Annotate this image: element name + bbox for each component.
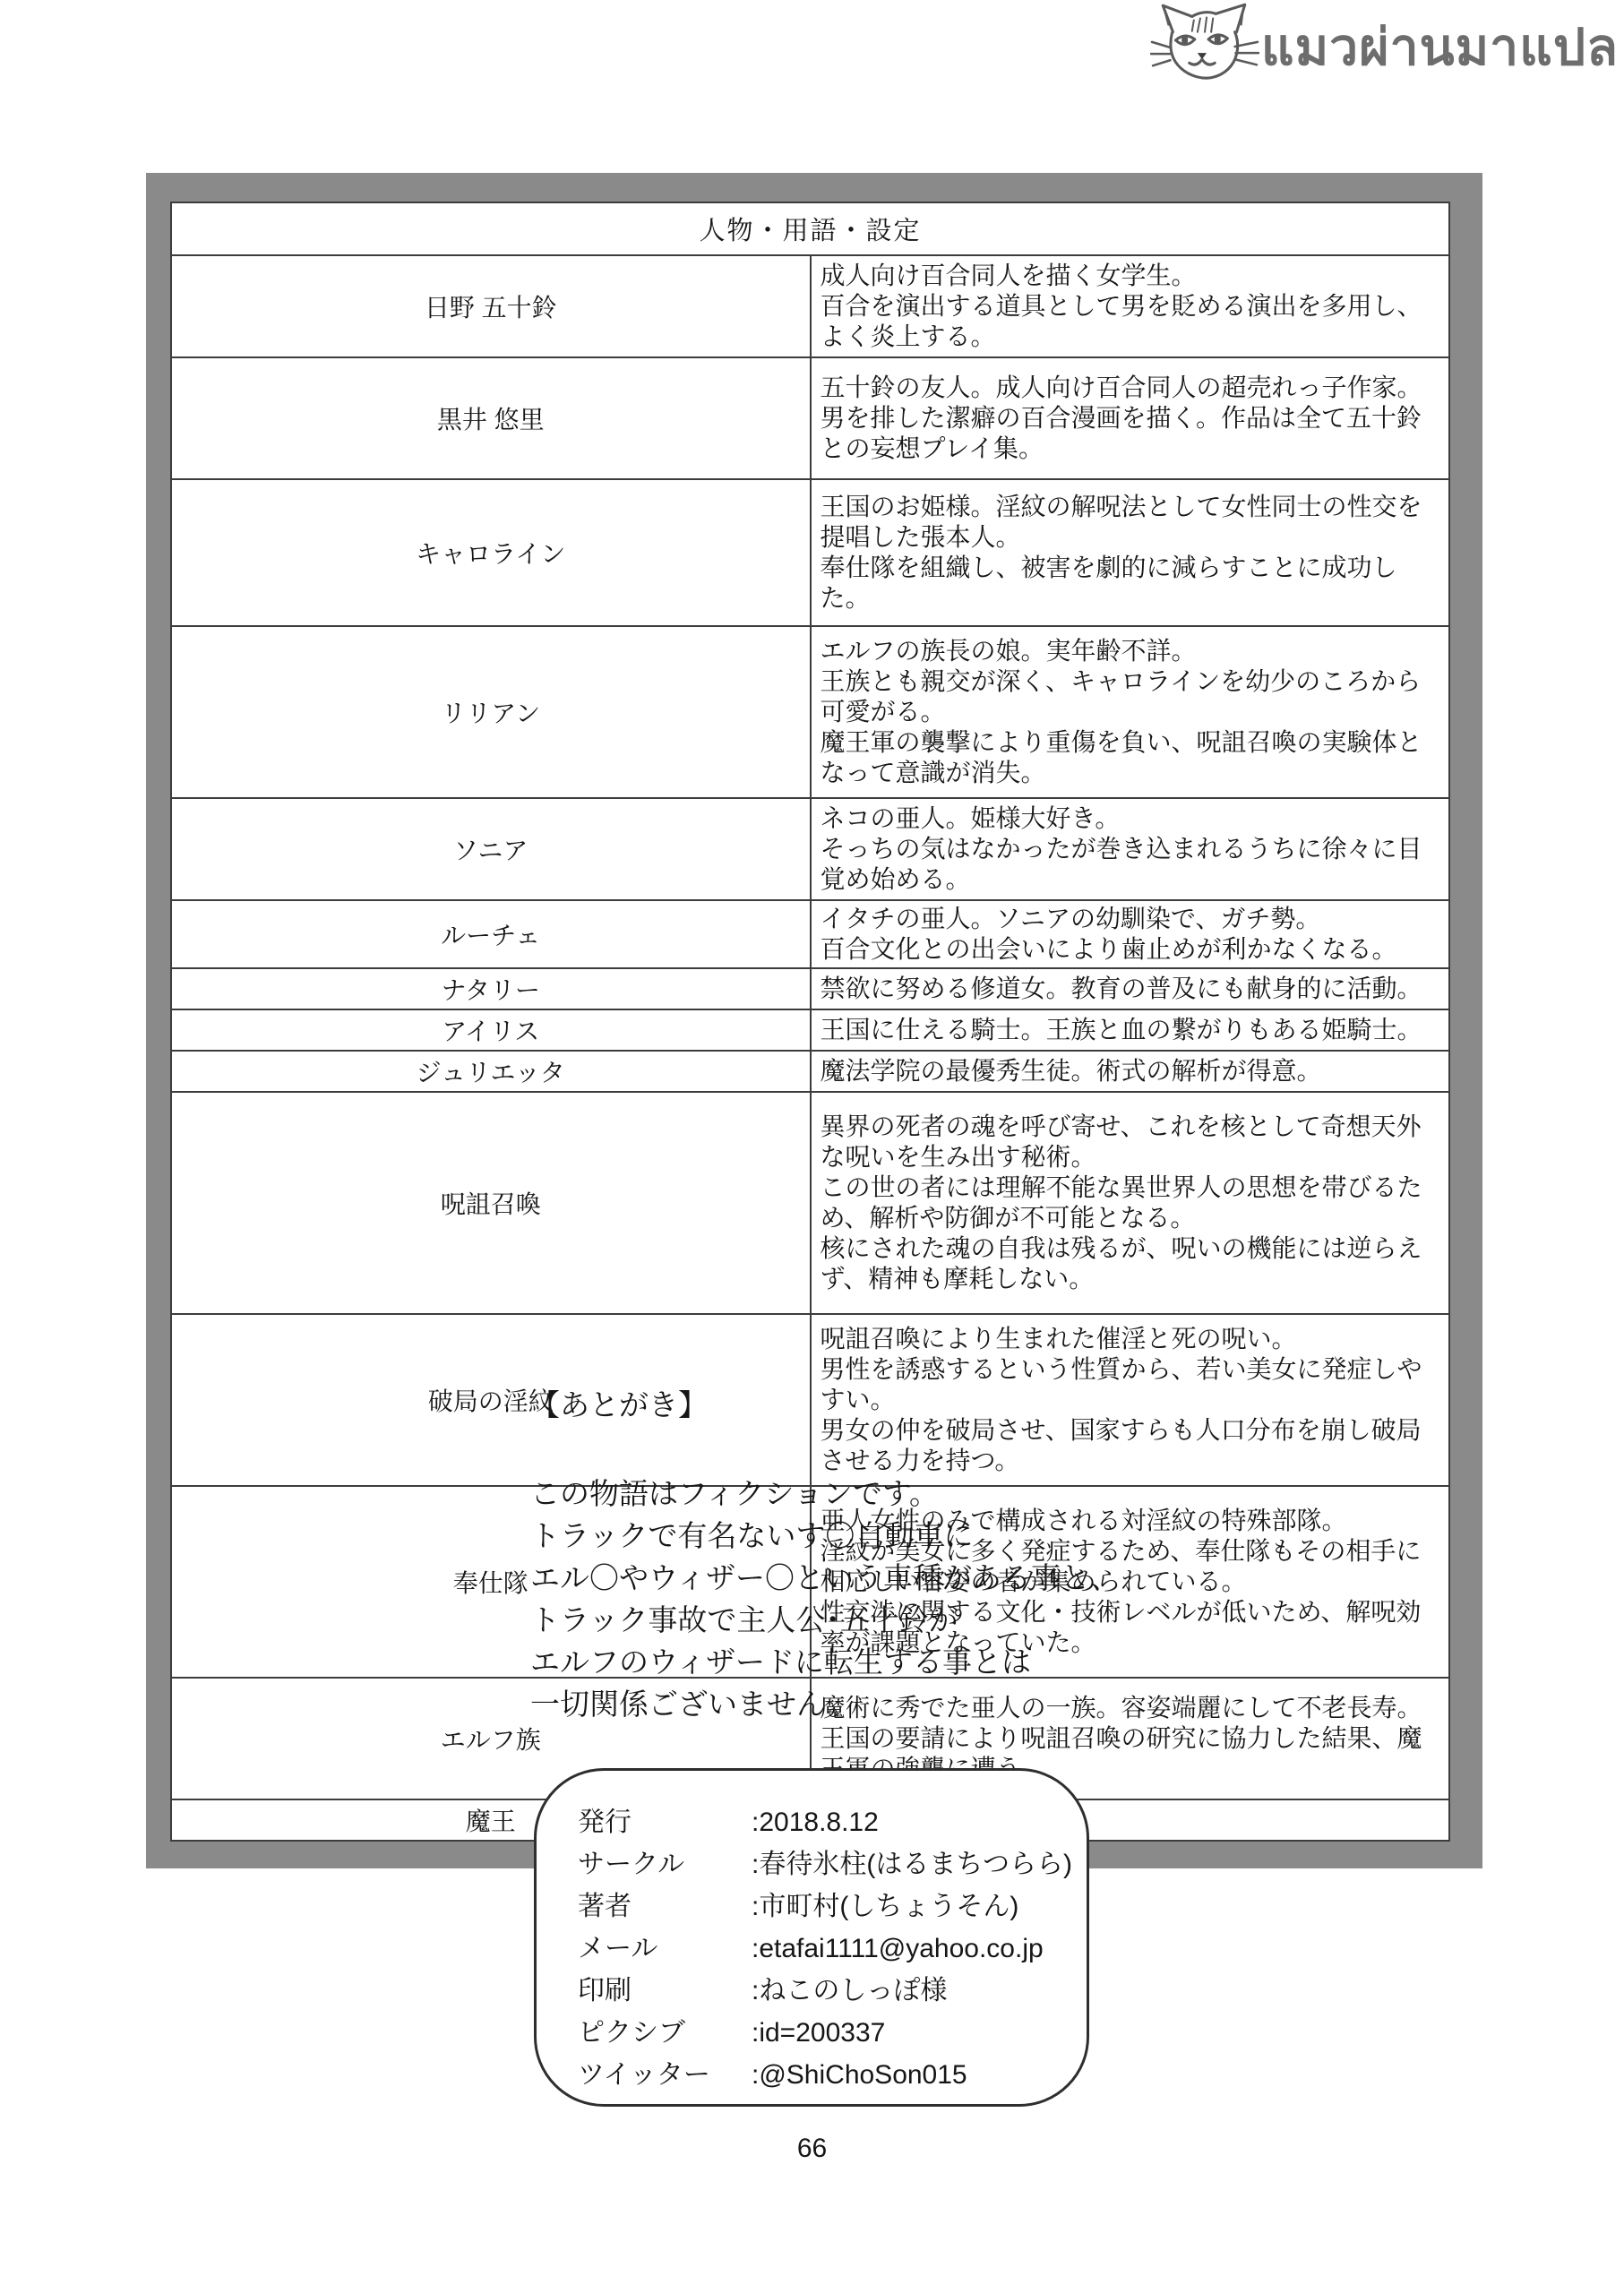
- description-line: 王国のお姫様。淫紋の解呪法として女性同士の性交を提唱した張本人。: [821, 492, 1444, 553]
- colophon-value: :id=200337: [752, 2012, 1087, 2054]
- description-line: 呪詛召喚により生まれた催淫と死の呪い。: [821, 1324, 1444, 1354]
- table-row: 日野 五十鈴 成人向け百合同人を描く女学生。 百合を演出する道具として男を貶める…: [171, 255, 1449, 357]
- table-row: 呪詛召喚 異界の死者の魂を呼び寄せ、これを核として奇想天外な呪いを生み出す秘術。…: [171, 1092, 1449, 1314]
- afterword-line: トラック事故で主人公･五十鈴が: [530, 1599, 1120, 1641]
- colophon-label: ツイッター: [578, 2054, 752, 2096]
- description-line: 王国に仕える騎士。王族と血の繋がりもある姫騎士。: [821, 1015, 1444, 1045]
- colophon-row: メール :etafai1111@yahoo.co.jp: [578, 1928, 1087, 1970]
- colophon-row: ツイッター :@ShiChoSon015: [578, 2054, 1087, 2096]
- description-line: ネコの亜人。姫様大好き。: [821, 803, 1444, 834]
- description-cell: 成人向け百合同人を描く女学生。 百合を演出する道具として男を貶める演出を多用し、…: [811, 255, 1450, 357]
- term-cell: ソニア: [171, 798, 811, 900]
- colophon-value: :ねこのしっぽ様: [752, 1970, 1087, 2012]
- description-line: 魔法学院の最優秀生徒。術式の解析が得意。: [821, 1056, 1444, 1086]
- description-line: 核にされた魂の自我は残るが、呪いの機能には逆らえず、精神も摩耗しない。: [821, 1233, 1444, 1294]
- description-cell: 王国に仕える騎士。王族と血の繋がりもある姫騎士。: [811, 1009, 1450, 1051]
- term-cell: ジュリエッタ: [171, 1051, 811, 1092]
- description-cell: 魔法学院の最優秀生徒。術式の解析が得意。: [811, 1051, 1450, 1092]
- description-line: エルフの族長の娘。実年齢不詳。: [821, 636, 1444, 666]
- scanned-page: แมวผ่านมาแปล 人物・用語・設定 日野 五十鈴 成人向け百合同人を描く…: [0, 0, 1624, 2293]
- table-title: 人物・用語・設定: [171, 202, 1449, 255]
- term-cell: リリアン: [171, 626, 811, 798]
- afterword-body: この物語はフィクションです。 トラックで有名ないす〇自動車に エル〇やウィザー〇…: [530, 1473, 1120, 1725]
- colophon-value: :etafai1111@yahoo.co.jp: [752, 1928, 1087, 1970]
- description-line: 五十鈴の友人。成人向け百合同人の超売れっ子作家。: [821, 373, 1444, 403]
- description-cell: イタチの亜人。ソニアの幼馴染で、ガチ勢。 百合文化との出会いにより歯止めが利かな…: [811, 900, 1450, 968]
- colophon-label: 印刷: [578, 1970, 752, 2012]
- term-cell: ルーチェ: [171, 900, 811, 968]
- description-line: 異界の死者の魂を呼び寄せ、これを核として奇想天外な呪いを生み出す秘術。: [821, 1112, 1444, 1172]
- description-line: イタチの亜人。ソニアの幼馴染で、ガチ勢。: [821, 904, 1444, 934]
- afterword-line: この物語はフィクションです。: [530, 1473, 1120, 1515]
- table-row: リリアン エルフの族長の娘。実年齢不詳。 王族とも親交が深く、キャロラインを幼少…: [171, 626, 1449, 798]
- afterword-line: エル〇やウィザー〇という車種がある事と、: [530, 1557, 1120, 1599]
- description-cell: エルフの族長の娘。実年齢不詳。 王族とも親交が深く、キャロラインを幼少のころから…: [811, 626, 1450, 798]
- watermark-text: แมวผ่านมาแปล: [1261, 22, 1619, 73]
- colophon-row: 著者 :市町村(しちょうそん): [578, 1885, 1087, 1928]
- description-line: 禁欲に努める修道女。教育の普及にも献身的に活動。: [821, 974, 1444, 1004]
- table-row: ナタリー 禁欲に努める修道女。教育の普及にも献身的に活動。: [171, 968, 1449, 1009]
- description-cell: 王国のお姫様。淫紋の解呪法として女性同士の性交を提唱した張本人。 奉仕隊を組織し…: [811, 479, 1450, 626]
- description-line: 百合を演出する道具として男を貶める演出を多用し、よく炎上する。: [821, 291, 1444, 352]
- colophon-label: メール: [578, 1928, 752, 1970]
- term-cell: キャロライン: [171, 479, 811, 626]
- colophon-row: 発行 :2018.8.12: [578, 1801, 1087, 1843]
- term-cell: アイリス: [171, 1009, 811, 1051]
- table-row: 黒井 悠里 五十鈴の友人。成人向け百合同人の超売れっ子作家。 男を排した潔癖の百…: [171, 357, 1449, 479]
- colophon-label: サークル: [578, 1843, 752, 1885]
- colophon-value: :春待氷柱(はるまちつらら): [752, 1843, 1087, 1885]
- description-line: 成人向け百合同人を描く女学生。: [821, 261, 1444, 291]
- description-cell: 異界の死者の魂を呼び寄せ、これを核として奇想天外な呪いを生み出す秘術。 この世の…: [811, 1092, 1450, 1314]
- table-row: キャロライン 王国のお姫様。淫紋の解呪法として女性同士の性交を提唱した張本人。 …: [171, 479, 1449, 626]
- term-cell: ナタリー: [171, 968, 811, 1009]
- description-line: 百合文化との出会いにより歯止めが利かなくなる。: [821, 934, 1444, 965]
- afterword-title: 【あとがき】: [530, 1384, 1120, 1426]
- afterword: 【あとがき】 この物語はフィクションです。 トラックで有名ないす〇自動車に エル…: [530, 1384, 1120, 1725]
- page-number: 66: [0, 2134, 1624, 2164]
- colophon-label: 発行: [578, 1801, 752, 1843]
- description-cell: 五十鈴の友人。成人向け百合同人の超売れっ子作家。 男を排した潔癖の百合漫画を描く…: [811, 357, 1450, 479]
- colophon-row: 印刷 :ねこのしっぽ様: [578, 1970, 1087, 2012]
- description-cell: ネコの亜人。姫様大好き。 そっちの気はなかったが巻き込まれるうちに徐々に目覚め始…: [811, 798, 1450, 900]
- colophon-box: 発行 :2018.8.12 サークル :春待氷柱(はるまちつらら) 著者 :市町…: [534, 1768, 1089, 2107]
- description-line: この世の者には理解不能な異世界人の思想を帯びるため、解析や防御が不可能となる。: [821, 1172, 1444, 1233]
- afterword-line: エルフのウィザードに転生する事とは: [530, 1641, 1120, 1683]
- table-row: ソニア ネコの亜人。姫様大好き。 そっちの気はなかったが巻き込まれるうちに徐々に…: [171, 798, 1449, 900]
- description-line: 奉仕隊を組織し、被害を劇的に減らすことに成功した。: [821, 553, 1444, 614]
- afterword-line: 一切関係ございません。: [530, 1683, 1120, 1725]
- table-row: ルーチェ イタチの亜人。ソニアの幼馴染で、ガチ勢。 百合文化との出会いにより歯止…: [171, 900, 1449, 968]
- term-cell: 日野 五十鈴: [171, 255, 811, 357]
- afterword-line: トラックで有名ないす〇自動車に: [530, 1515, 1120, 1557]
- table-row: アイリス 王国に仕える騎士。王族と血の繋がりもある姫騎士。: [171, 1009, 1449, 1051]
- colophon-value: :市町村(しちょうそん): [752, 1885, 1087, 1928]
- colophon-label: ピクシブ: [578, 2012, 752, 2054]
- term-cell: 黒井 悠里: [171, 357, 811, 479]
- colophon-row: ピクシブ :id=200337: [578, 2012, 1087, 2054]
- table-header-row: 人物・用語・設定: [171, 202, 1449, 255]
- cat-icon: [1150, 2, 1259, 93]
- table-row: ジュリエッタ 魔法学院の最優秀生徒。術式の解析が得意。: [171, 1051, 1449, 1092]
- description-line: 魔王軍の襲撃により重傷を負い、呪詛召喚の実験体となって意識が消失。: [821, 727, 1444, 788]
- term-cell: 呪詛召喚: [171, 1092, 811, 1314]
- description-line: 王族とも親交が深く、キャロラインを幼少のころから可愛がる。: [821, 666, 1444, 727]
- description-line: 男を排した潔癖の百合漫画を描く。作品は全て五十鈴との妄想プレイ集。: [821, 403, 1444, 464]
- description-line: そっちの気はなかったが巻き込まれるうちに徐々に目覚め始める。: [821, 834, 1444, 895]
- translator-watermark: แมวผ่านมาแปล: [1150, 2, 1619, 93]
- colophon-value: :2018.8.12: [752, 1801, 1087, 1843]
- colophon-label: 著者: [578, 1885, 752, 1928]
- colophon-value: :@ShiChoSon015: [752, 2054, 1087, 2096]
- colophon-row: サークル :春待氷柱(はるまちつらら): [578, 1843, 1087, 1885]
- description-cell: 禁欲に努める修道女。教育の普及にも献身的に活動。: [811, 968, 1450, 1009]
